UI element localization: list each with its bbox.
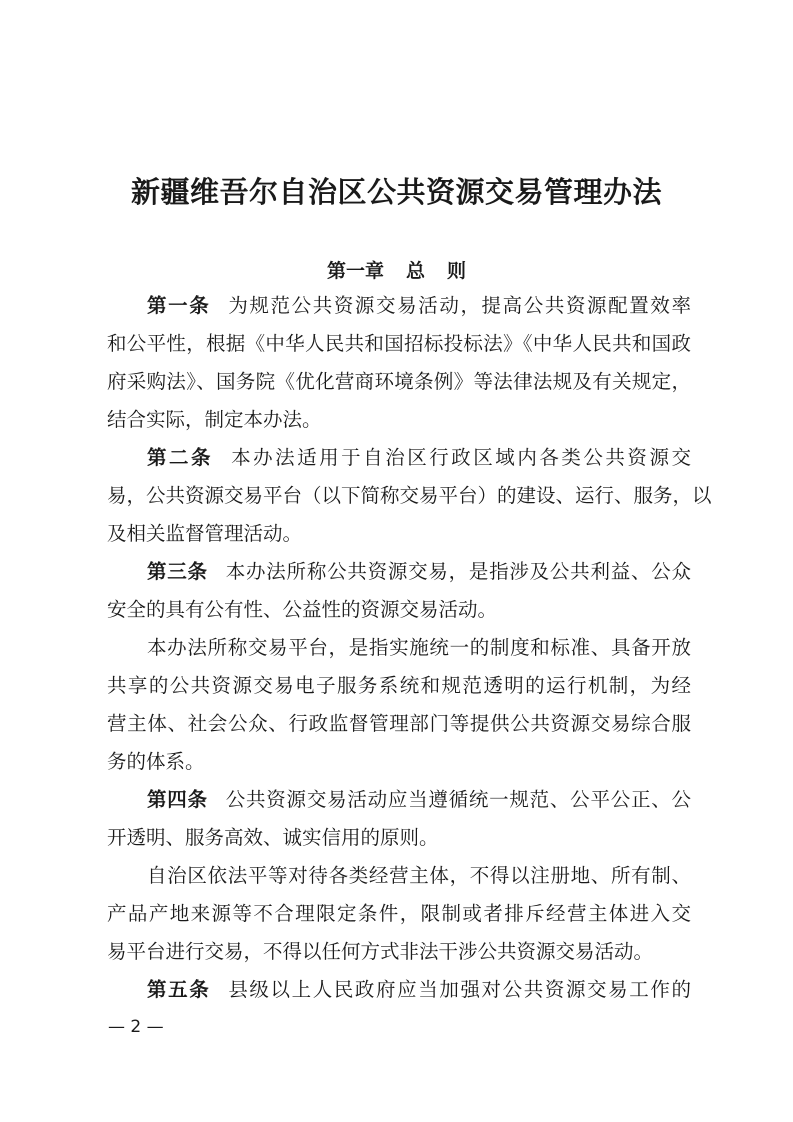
- line-text: 共享的公共资源交易电子服务系统和规范透明的运行机制，为经: [107, 674, 691, 697]
- line-text: 产品产地来源等不合理限定条件，限制或者排斥经营主体进入交: [107, 902, 691, 925]
- text-line: 务的体系。: [107, 743, 691, 781]
- article-label: 第一条: [147, 294, 210, 317]
- article-label: 第五条: [147, 978, 210, 1001]
- text-line: 共享的公共资源交易电子服务系统和规范透明的运行机制，为经: [107, 667, 691, 705]
- line-text: 易，公共资源交易平台（以下简称交易平台）的建设、运行、服务，以: [107, 484, 712, 507]
- text-line: 府采购法》、国务院《优化营商环境条例》等法律法规及有关规定，: [107, 363, 691, 401]
- text-line: 和公平性，根据《中华人民共和国招标投标法》《中华人民共和国政: [107, 325, 691, 363]
- line-text: 务的体系。: [107, 750, 205, 773]
- text-line: 第一条为规范公共资源交易活动，提高公共资源配置效率: [107, 287, 691, 325]
- article-label: 第三条: [147, 560, 208, 583]
- text-line: 开透明、服务高效、诚实信用的原则。: [107, 819, 691, 857]
- line-text: 县级以上人民政府应当加强对公共资源交易工作的: [228, 978, 691, 1001]
- page-number: — 2 —: [108, 1017, 164, 1037]
- document-title: 新疆维吾尔自治区公共资源交易管理办法: [0, 170, 793, 211]
- line-text: 结合实际，制定本办法。: [107, 408, 322, 431]
- line-text: 本办法所称交易平台，是指实施统一的制度和标准、具备开放: [147, 636, 691, 659]
- text-line: 本办法所称交易平台，是指实施统一的制度和标准、具备开放: [107, 629, 691, 667]
- text-line: 及相关监督管理活动。: [107, 515, 691, 553]
- line-text: 营主体、社会公众、行政监督管理部门等提供公共资源交易综合服: [107, 712, 691, 735]
- line-text: 为规范公共资源交易活动，提高公共资源配置效率: [228, 294, 691, 317]
- text-line: 易，公共资源交易平台（以下简称交易平台）的建设、运行、服务，以: [107, 477, 691, 515]
- text-line: 易平台进行交易，不得以任何方式非法干涉公共资源交易活动。: [107, 933, 691, 971]
- text-line: 第二条本办法适用于自治区行政区域内各类公共资源交: [107, 439, 691, 477]
- document-body: 第一条为规范公共资源交易活动，提高公共资源配置效率和公平性，根据《中华人民共和国…: [107, 287, 691, 1009]
- text-line: 营主体、社会公众、行政监督管理部门等提供公共资源交易综合服: [107, 705, 691, 743]
- line-text: 开透明、服务高效、诚实信用的原则。: [107, 826, 439, 849]
- line-text: 及相关监督管理活动。: [107, 522, 302, 545]
- line-text: 本办法适用于自治区行政区域内各类公共资源交: [231, 446, 691, 469]
- chapter-number: 第一章: [327, 260, 384, 282]
- line-text: 和公平性，根据《中华人民共和国招标投标法》《中华人民共和国政: [107, 332, 691, 355]
- text-line: 安全的具有公有性、公益性的资源交易活动。: [107, 591, 691, 629]
- chapter-name-part2: 则: [447, 260, 466, 282]
- line-text: 自治区依法平等对待各类经营主体，不得以注册地、所有制、: [147, 864, 691, 887]
- article-label: 第二条: [147, 446, 213, 469]
- text-line: 产品产地来源等不合理限定条件，限制或者排斥经营主体进入交: [107, 895, 691, 933]
- text-line: 自治区依法平等对待各类经营主体，不得以注册地、所有制、: [107, 857, 691, 895]
- chapter-heading: 第一章总则: [0, 256, 793, 283]
- article-label: 第四条: [147, 788, 208, 811]
- line-text: 安全的具有公有性、公益性的资源交易活动。: [107, 598, 497, 621]
- line-text: 易平台进行交易，不得以任何方式非法干涉公共资源交易活动。: [107, 940, 653, 963]
- text-line: 第三条本办法所称公共资源交易，是指涉及公共利益、公众: [107, 553, 691, 591]
- line-text: 公共资源交易活动应当遵循统一规范、公平公正、公: [226, 788, 691, 811]
- text-line: 结合实际，制定本办法。: [107, 401, 691, 439]
- line-text: 本办法所称公共资源交易，是指涉及公共利益、公众: [226, 560, 691, 583]
- text-line: 第四条公共资源交易活动应当遵循统一规范、公平公正、公: [107, 781, 691, 819]
- text-line: 第五条县级以上人民政府应当加强对公共资源交易工作的: [107, 971, 691, 1009]
- chapter-name-part1: 总: [406, 260, 425, 282]
- line-text: 府采购法》、国务院《优化营商环境条例》等法律法规及有关规定，: [107, 370, 691, 393]
